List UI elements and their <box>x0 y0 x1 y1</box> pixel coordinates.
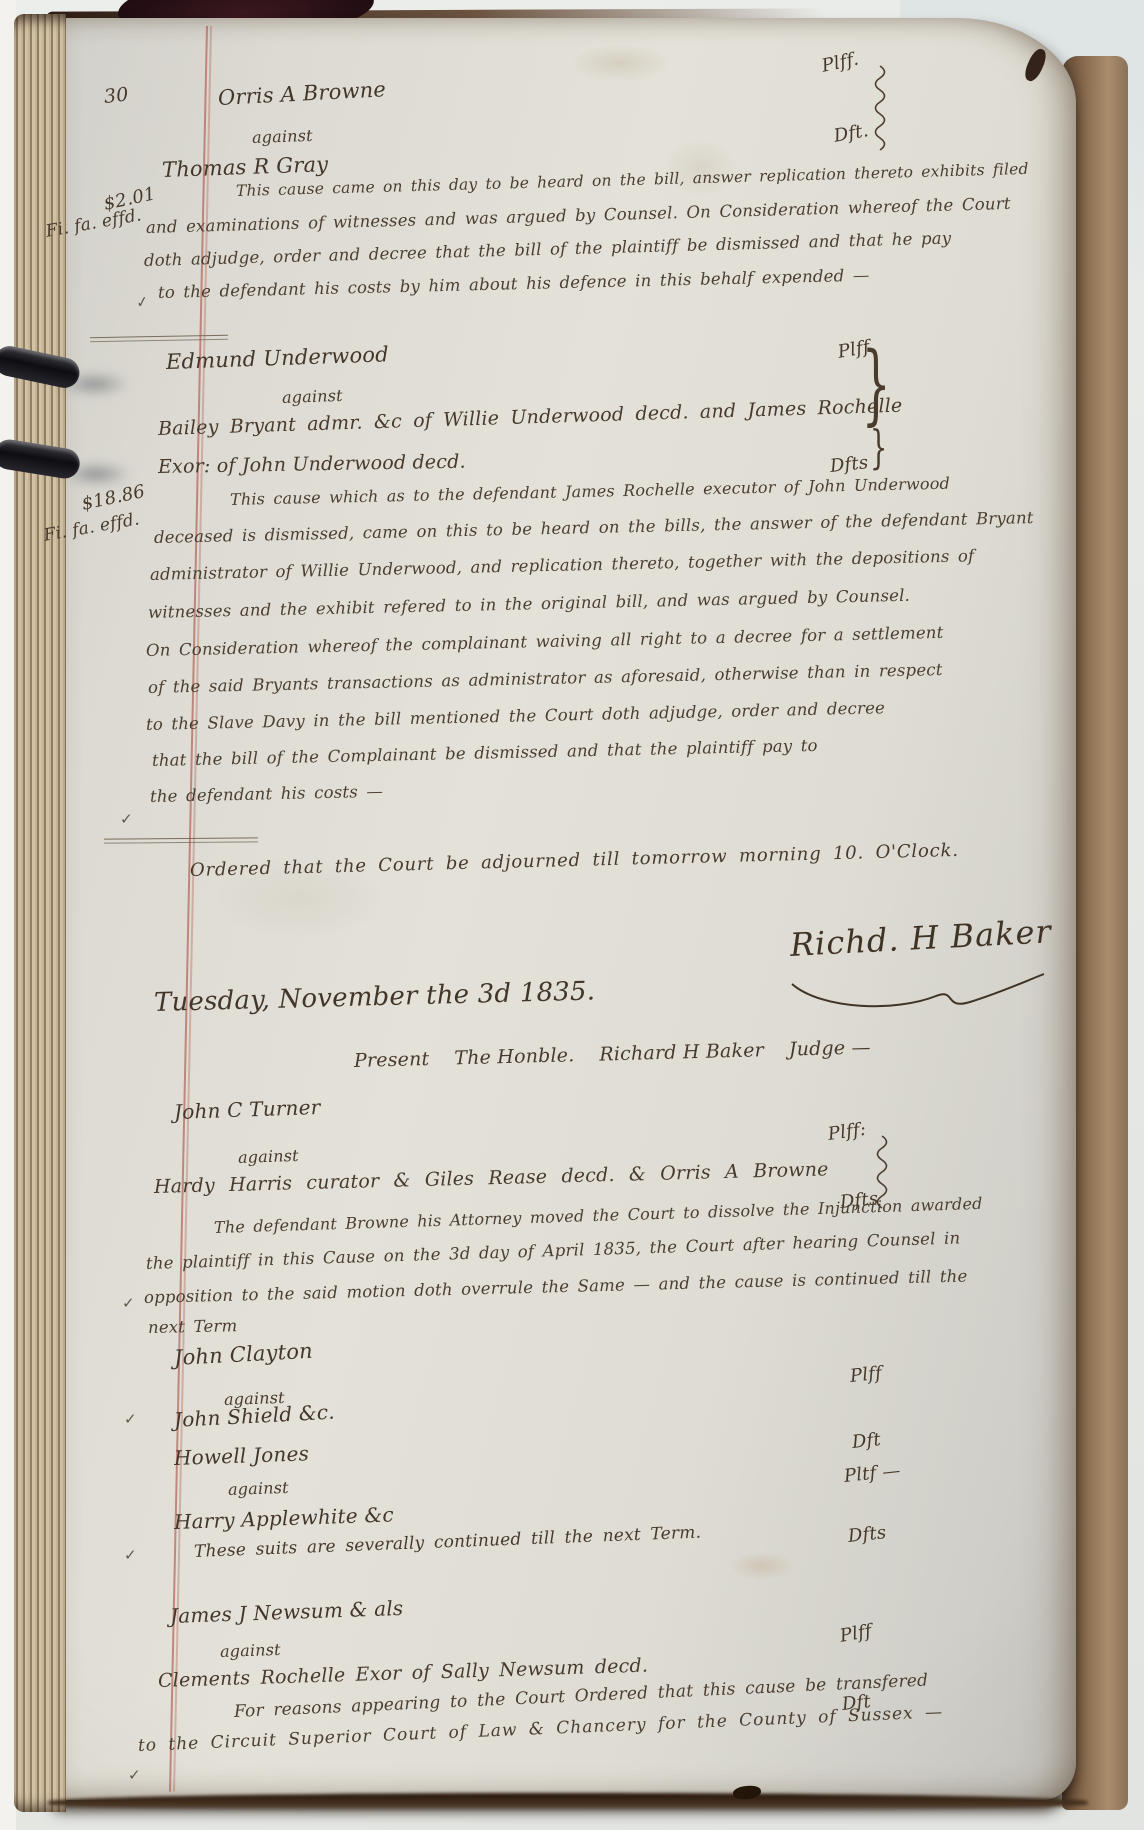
signature-flourish-icon <box>788 972 1050 1014</box>
case5-against-label: against <box>220 1640 281 1661</box>
case4-suit2-against-label: against <box>228 1478 289 1499</box>
page-bottom-shadow <box>48 1793 1088 1811</box>
checkmark-icon: ✓ <box>124 1546 137 1564</box>
court-record-photo: 30 Orris A Browne Plff. against Dft. Tho… <box>0 0 1144 1830</box>
page-stack-edge <box>14 14 66 1812</box>
case4-suit1-plaintiff-label: Plff <box>849 1363 883 1387</box>
checkmark-icon: ✓ <box>120 810 133 828</box>
case4-suit2-defendant-label: Dfts <box>847 1522 887 1547</box>
case1-against-label: against <box>252 126 313 147</box>
case4-suit2-plaintiff-name: Howell Jones <box>174 1441 310 1470</box>
checkmark-icon: ✓ <box>124 1410 137 1428</box>
case2-defendant-label: Dfts <box>829 452 869 477</box>
page-number: 30 <box>103 83 130 107</box>
flourish-squiggle-icon <box>872 64 888 152</box>
brace-icon: } <box>870 424 888 470</box>
case3-body-line: next Term <box>148 1316 238 1337</box>
checkmark-icon: ✓ <box>128 1766 141 1784</box>
case2-against-label: against <box>282 386 343 407</box>
case4-suit1-defendant-label: Dft <box>851 1429 882 1453</box>
case3-plaintiff-name: John C Turner <box>174 1095 321 1124</box>
checkmark-icon: ✓ <box>122 1294 135 1312</box>
case3-against-label: against <box>238 1146 299 1167</box>
